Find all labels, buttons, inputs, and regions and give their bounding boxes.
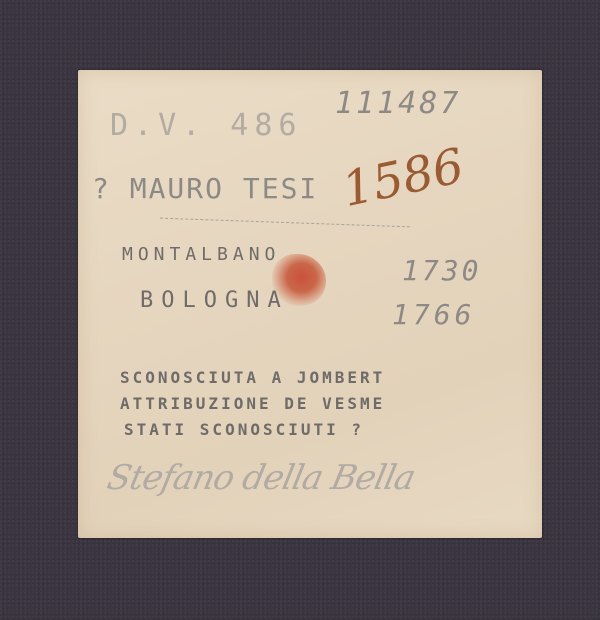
attribution-text: ? MAURO TESI bbox=[92, 172, 318, 205]
reference-code: D.V. 486 bbox=[110, 108, 303, 143]
remark-line-2: ATTRIBUZIONE DE VESME bbox=[120, 394, 385, 413]
year-1730: 1730 bbox=[402, 254, 481, 287]
place-bologna: BOLOGNA bbox=[140, 288, 289, 313]
inventory-number: 111487 bbox=[335, 86, 461, 121]
signature: Stefano della Bella bbox=[104, 458, 418, 498]
remark-line-1: SCONOSCIUTA A JOMBERT bbox=[120, 368, 385, 387]
remark-line-3: STATI SCONOSCIUTI ? bbox=[124, 420, 364, 439]
place-montalbano: MONTALBANO bbox=[122, 244, 280, 265]
year-1766: 1766 bbox=[392, 298, 475, 331]
